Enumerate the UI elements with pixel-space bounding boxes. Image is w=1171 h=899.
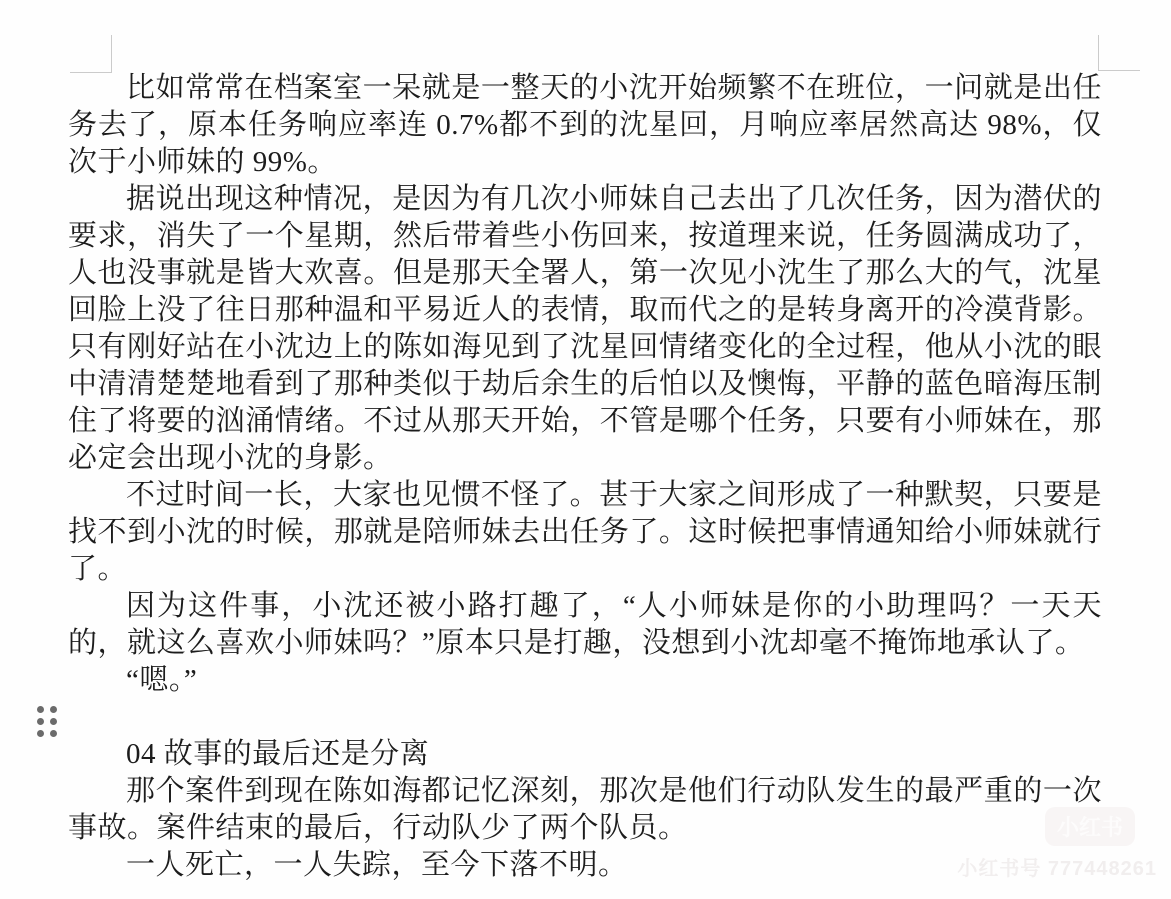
section-heading: 04 故事的最后还是分离 [68,736,1102,773]
drag-handle-dot [37,730,44,737]
paragraph: 一人死亡，一人失踪，至今下落不明。 [68,847,1102,884]
blank-line [68,699,1102,736]
document-page: 比如常常在档案室一呆就是一整天的小沈开始频繁不在班位，一问就是出任务去了，原本任… [0,0,1171,899]
drag-handle-dot [50,706,57,713]
paragraph: 不过时间一长，大家也见惯不怪了。甚于大家之间形成了一种默契，只要是找不到小沈的时… [68,477,1102,588]
drag-handle-dot [50,730,57,737]
document-text: 比如常常在档案室一呆就是一整天的小沈开始频繁不在班位，一问就是出任务去了，原本任… [68,70,1102,884]
drag-handle-icon[interactable] [37,706,57,737]
paragraph: 那个案件到现在陈如海都记忆深刻，那次是他们行动队发生的最严重的一次事故。案件结束… [68,773,1102,847]
drag-handle-dot [37,718,44,725]
page-margin-corner-mark-right [1098,35,1140,71]
drag-handle-dot [37,706,44,713]
paragraph: 因为这件事，小沈还被小路打趣了，“人小师妹是你的小助理吗？一天天的，就这么喜欢小… [68,588,1102,662]
paragraph: 比如常常在档案室一呆就是一整天的小沈开始频繁不在班位，一问就是出任务去了，原本任… [68,70,1102,181]
drag-handle-dot [50,718,57,725]
paragraph: 据说出现这种情况，是因为有几次小师妹自己去出了几次任务，因为潜伏的要求，消失了一… [68,181,1102,477]
page-margin-corner-mark-left [70,35,112,73]
paragraph: “嗯。” [68,662,1102,699]
